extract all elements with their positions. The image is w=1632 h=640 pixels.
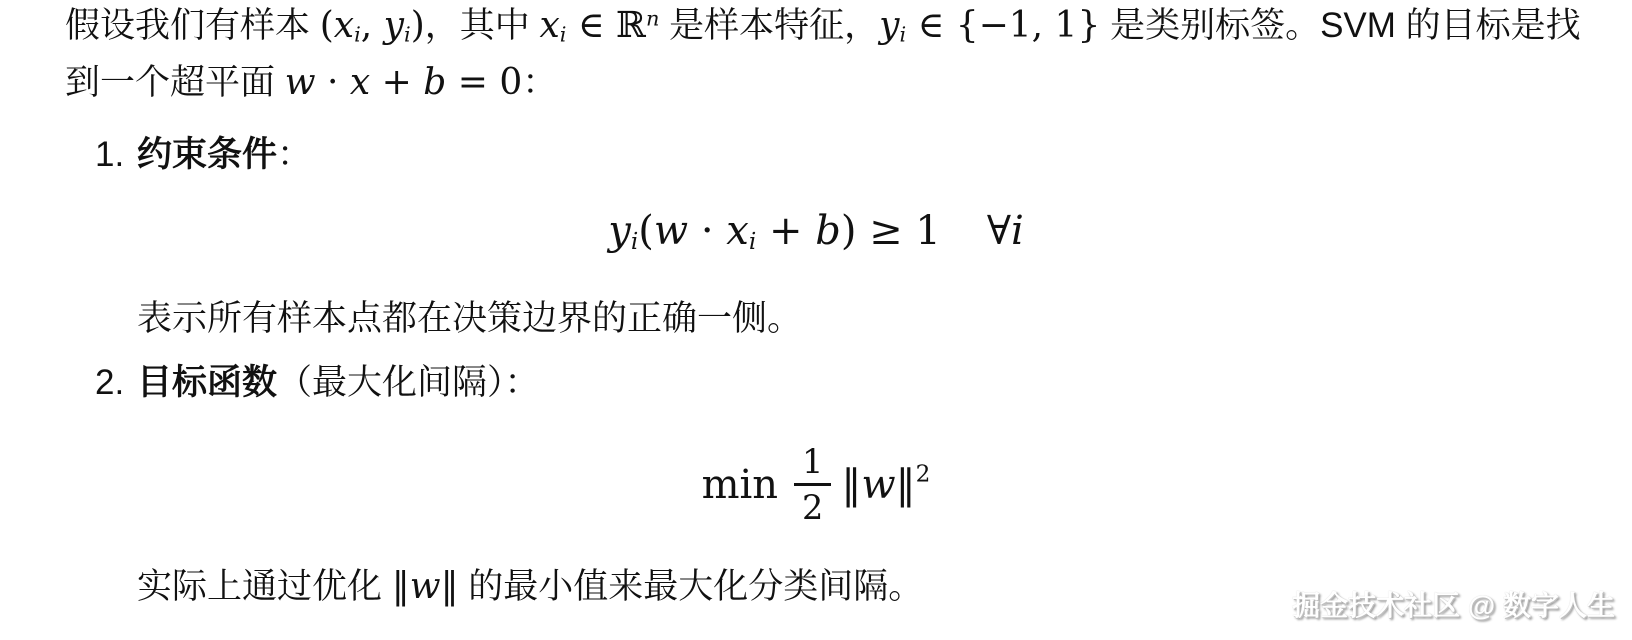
forall-quantifier: ∀i [987, 207, 1024, 255]
intro-text: 是样本特征， [659, 6, 879, 45]
math-token: b [815, 208, 841, 254]
math-token: ‖ [392, 566, 410, 607]
math-token: x [539, 5, 559, 46]
math-sample-pair: (xi, yi) [320, 5, 425, 46]
math-token: ‖ [841, 462, 861, 508]
fraction-one-half: 12 [794, 445, 831, 524]
math-token: y [384, 5, 404, 46]
math-token: y [608, 208, 631, 254]
watermark: 掘金技术社区 @ 数字人生 [1292, 584, 1615, 624]
math-token: x [726, 208, 749, 254]
intro-paragraph: 假设我们有样本 (xi, yi)，其中 xi ∈ ℝn 是样本特征，yi ∈ {… [65, 0, 1567, 111]
math-norm-w: ‖w‖ [392, 566, 459, 607]
math-token: = 0 [446, 62, 522, 103]
math-label-set: yi ∈ {−1, 1} [879, 5, 1100, 46]
math-token: w [410, 566, 441, 607]
fraction-numerator: 1 [794, 445, 831, 483]
math-token: ‖ [441, 566, 459, 607]
math-token: w [861, 462, 895, 508]
math-token: + [370, 62, 423, 103]
math-token: ∈ ℝ [566, 5, 645, 46]
intro-line-1: 假设我们有样本 (xi, yi)，其中 xi ∈ ℝn 是样本特征，yi ∈ {… [65, 0, 1567, 54]
math-token: ‖ [896, 462, 916, 508]
math-token: i [1011, 208, 1024, 254]
intro-text: ： [522, 63, 557, 102]
objective-formula: min12‖w‖2 [65, 435, 1567, 535]
math-token: ) [411, 5, 425, 46]
list-item-2-marker: 2. [95, 359, 137, 407]
note-text: 实际上通过优化 [137, 567, 392, 606]
list-item-2-heading: 2.目标函数（最大化间隔）： [65, 359, 1567, 407]
constraint-note: 表示所有样本点都在决策边界的正确一侧。 [137, 295, 1567, 343]
fraction-denominator: 2 [794, 483, 831, 525]
math-token: i [404, 23, 411, 47]
intro-text: ，其中 [425, 6, 540, 45]
list-item-1-heading: 1.约束条件： [65, 131, 1567, 179]
math-token: + [756, 208, 815, 254]
math-token: ( [638, 208, 654, 254]
math-hyperplane: w · x + b = 0 [285, 62, 523, 103]
math-token: i [354, 23, 361, 47]
constraint-formula: yi(w · xi + b) ≥ 1∀i [65, 203, 1567, 259]
intro-line-2: 到一个超平面 w · x + b = 0： [65, 54, 1567, 111]
math-token: ) ≥ 1 [841, 208, 941, 254]
math-token: b [423, 62, 446, 103]
math-token: 2 [916, 460, 931, 487]
list-item-1-colon: ： [277, 135, 312, 174]
note-text: 表示所有样本点都在决策边界的正确一侧。 [137, 299, 802, 338]
math-token: · [316, 62, 350, 103]
norm-expression: ‖w‖2 [841, 461, 930, 509]
intro-text: 到一个超平面 [65, 63, 285, 102]
list-item-1-marker: 1. [95, 131, 137, 179]
math-token: w [654, 208, 688, 254]
math-token: , [361, 5, 384, 46]
math-token: y [879, 5, 899, 46]
intro-text: 是类别标签。SVM 的目标是找 [1100, 6, 1580, 45]
math-token: ( [320, 5, 334, 46]
math-token: x [334, 5, 354, 46]
math-feature-space: xi ∈ ℝn [539, 5, 659, 46]
math-token: ∈ {−1, 1} [906, 5, 1100, 46]
document-page: 假设我们有样本 (xi, yi)，其中 xi ∈ ℝn 是样本特征，yi ∈ {… [0, 0, 1632, 640]
formula-body: yi(w · xi + b) ≥ 1 [608, 207, 941, 255]
math-token: · [688, 208, 726, 254]
math-token: ∀ [987, 208, 1011, 254]
min-operator: min [702, 461, 778, 509]
article-content: 假设我们有样本 (xi, yi)，其中 xi ∈ ℝn 是样本特征，yi ∈ {… [0, 0, 1632, 611]
list-item-2-title: 目标函数 [137, 363, 277, 402]
math-token: x [350, 62, 370, 103]
list-item-1-title: 约束条件 [137, 135, 277, 174]
list-item-2-suffix: （最大化间隔）： [277, 363, 540, 402]
intro-text: 假设我们有样本 [65, 6, 320, 45]
math-token: w [285, 62, 316, 103]
math-token: n [646, 7, 659, 31]
note-text: 的最小值来最大化分类间隔。 [459, 567, 924, 606]
